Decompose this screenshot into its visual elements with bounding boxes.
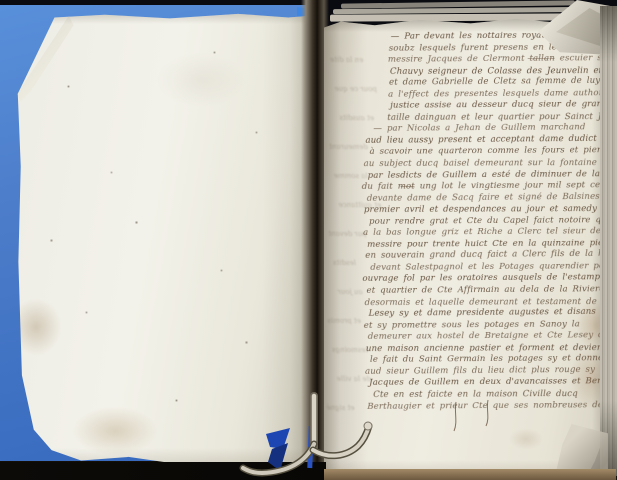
- left-blank-page: [16, 12, 312, 466]
- manuscript-scan: en la ditepour ce queet ausditsdemeurant…: [0, 0, 617, 480]
- page-shading: [324, 16, 606, 480]
- right-manuscript-page: en la ditepour ce queet ausditsdemeurant…: [324, 16, 606, 480]
- page-bottom-edge: [324, 469, 616, 480]
- page-shading: [16, 12, 312, 466]
- fore-edge-pages: [600, 6, 617, 476]
- table-shadow-left: [0, 462, 326, 480]
- fore-edge-shadow: [600, 6, 617, 476]
